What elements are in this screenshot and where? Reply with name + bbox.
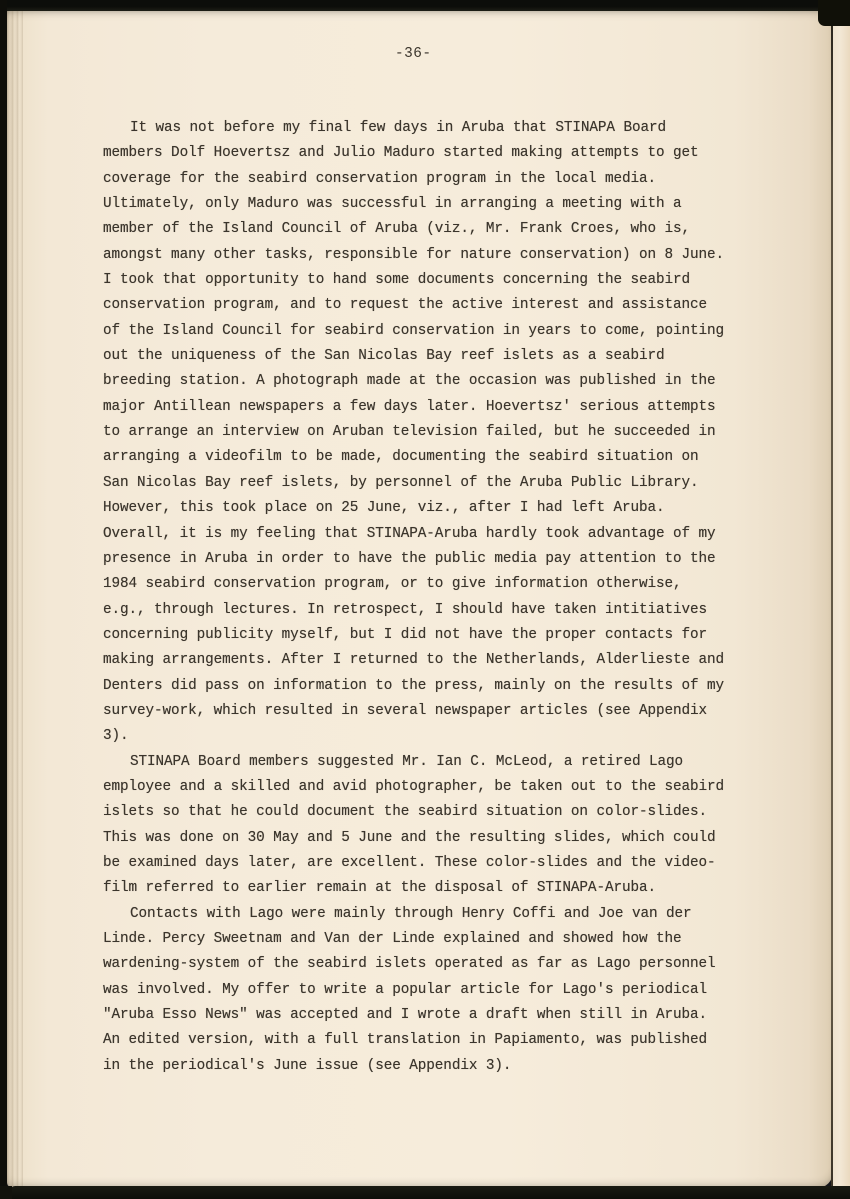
text-line: Linde. Percy Sweetnam and Van der Linde … xyxy=(103,931,768,956)
text-line: San Nicolas Bay reef islets, by personne… xyxy=(103,475,768,500)
scan-border-bottom-left xyxy=(0,1186,12,1199)
text-line: member of the Island Council of Aruba (v… xyxy=(103,221,768,246)
text-line: out the uniqueness of the San Nicolas Ba… xyxy=(103,348,768,373)
book-scan: -36- It was not before my final few days… xyxy=(0,0,850,1199)
scan-border-left xyxy=(0,0,7,1199)
page-stack-edge xyxy=(7,10,23,1188)
text-line: survey-work, which resulted in several n… xyxy=(103,703,768,728)
text-line: Contacts with Lago were mainly through H… xyxy=(103,906,768,931)
page-text-block: It was not before my final few days in A… xyxy=(103,120,768,1083)
text-line: 3). xyxy=(103,728,768,753)
text-line: islets so that he could document the sea… xyxy=(103,804,768,829)
text-line: breeding station. A photograph made at t… xyxy=(103,373,768,398)
text-line: I took that opportunity to hand some doc… xyxy=(103,272,768,297)
text-line: "Aruba Esso News" was accepted and I wro… xyxy=(103,1007,768,1032)
scan-border-bottom xyxy=(10,1186,850,1199)
text-line: be examined days later, are excellent. T… xyxy=(103,855,768,880)
scan-border-top-right xyxy=(818,0,850,26)
text-line: 1984 seabird conservation program, or to… xyxy=(103,576,768,601)
text-line: Denters did pass on information to the p… xyxy=(103,678,768,703)
text-line: STINAPA Board members suggested Mr. Ian … xyxy=(103,754,768,779)
next-page-edge xyxy=(833,24,850,1186)
text-line: in the periodical's June issue (see Appe… xyxy=(103,1058,768,1083)
text-line: film referred to earlier remain at the d… xyxy=(103,880,768,905)
text-line: coverage for the seabird conservation pr… xyxy=(103,171,768,196)
text-line: making arrangements. After I returned to… xyxy=(103,652,768,677)
text-line: concerning publicity myself, but I did n… xyxy=(103,627,768,652)
text-line: conservation program, and to request the… xyxy=(103,297,768,322)
text-line: arranging a videofilm to be made, docume… xyxy=(103,449,768,474)
text-line: of the Island Council for seabird conser… xyxy=(103,323,768,348)
text-line: Overall, it is my feeling that STINAPA-A… xyxy=(103,526,768,551)
text-line: was involved. My offer to write a popula… xyxy=(103,982,768,1007)
text-line: It was not before my final few days in A… xyxy=(103,120,768,145)
text-line: e.g., through lectures. In retrospect, I… xyxy=(103,602,768,627)
text-line: An edited version, with a full translati… xyxy=(103,1032,768,1057)
text-line: This was done on 30 May and 5 June and t… xyxy=(103,830,768,855)
text-line: presence in Aruba in order to have the p… xyxy=(103,551,768,576)
text-line: wardening-system of the seabird islets o… xyxy=(103,956,768,981)
text-line: Ultimately, only Maduro was successful i… xyxy=(103,196,768,221)
scan-border-top xyxy=(0,0,850,11)
text-line: amongst many other tasks, responsible fo… xyxy=(103,247,768,272)
text-line: to arrange an interview on Aruban televi… xyxy=(103,424,768,449)
text-line: members Dolf Hoevertsz and Julio Maduro … xyxy=(103,145,768,170)
page-number: -36- xyxy=(395,46,432,62)
text-line: major Antillean newspapers a few days la… xyxy=(103,399,768,424)
text-line: employee and a skilled and avid photogra… xyxy=(103,779,768,804)
scanned-page: -36- It was not before my final few days… xyxy=(7,10,833,1188)
text-line: However, this took place on 25 June, viz… xyxy=(103,500,768,525)
